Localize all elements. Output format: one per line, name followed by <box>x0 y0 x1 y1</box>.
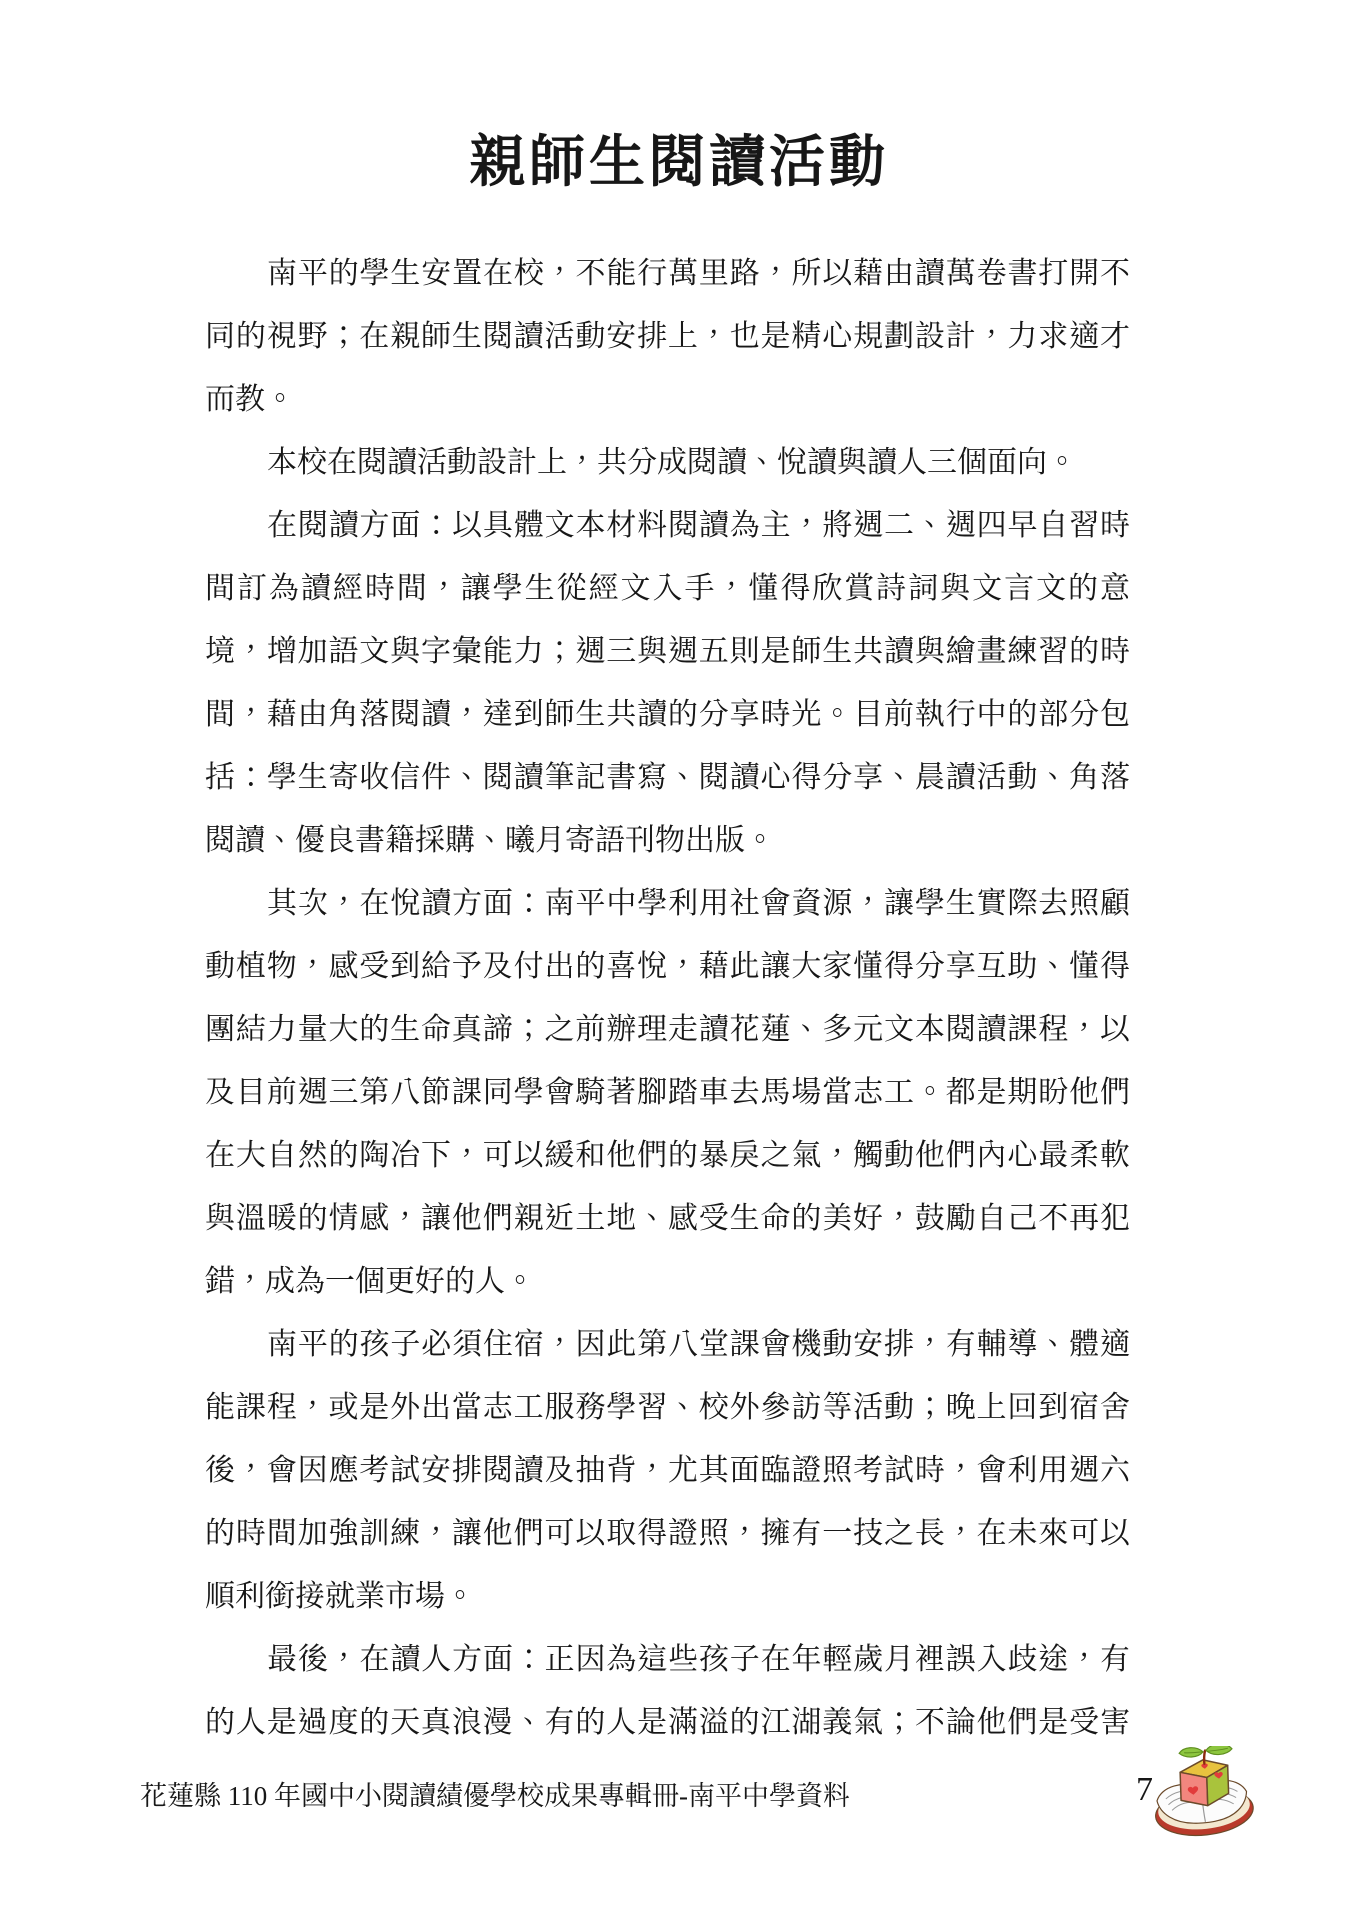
body-text: 南平的學生安置在校，不能行萬里路，所以藉由讀萬卷書打開不同的視野；在親師生閱讀活… <box>205 242 1130 1754</box>
body-line: 的時間加強訓練，讓他們可以取得證照，擁有一技之長，在未來可以 <box>205 1502 1130 1565</box>
document-page: 親師生閱讀活動 南平的學生安置在校，不能行萬里路，所以藉由讀萬卷書打開不同的視野… <box>0 0 1358 1920</box>
body-line: 在大自然的陶冶下，可以緩和他們的暴戾之氣，觸動他們內心最柔軟 <box>205 1124 1130 1187</box>
body-line: 後，會因應考試安排閱讀及抽背，尤其面臨證照考試時，會利用週六 <box>205 1439 1130 1502</box>
body-line: 境，增加語文與字彙能力；週三與週五則是師生共讀與繪畫練習的時 <box>205 620 1130 683</box>
body-line: 閱讀、優良書籍採購、曦月寄語刊物出版。 <box>205 809 1130 872</box>
body-line: 及目前週三第八節課同學會騎著腳踏車去馬場當志工。都是期盼他們 <box>205 1061 1130 1124</box>
body-line: 南平的學生安置在校，不能行萬里路，所以藉由讀萬卷書打開不 <box>205 242 1130 305</box>
book-apple-cube-illustration <box>1150 1746 1258 1848</box>
body-line: 在閱讀方面：以具體文本材料閱讀為主，將週二、週四早自習時 <box>205 494 1130 557</box>
page-title: 親師生閱讀活動 <box>0 132 1358 194</box>
body-line: 本校在閱讀活動設計上，共分成閱讀、悅讀與讀人三個面向。 <box>205 431 1130 494</box>
body-line: 間，藉由角落閱讀，達到師生共讀的分享時光。目前執行中的部分包 <box>205 683 1130 746</box>
body-line: 團結力量大的生命真諦；之前辦理走讀花蓮、多元文本閱讀課程，以 <box>205 998 1130 1061</box>
body-line: 間訂為讀經時間，讓學生從經文入手，懂得欣賞詩詞與文言文的意 <box>205 557 1130 620</box>
body-line: 最後，在讀人方面：正因為這些孩子在年輕歲月裡誤入歧途，有 <box>205 1628 1130 1691</box>
body-line: 而教。 <box>205 368 1130 431</box>
body-line: 順利銜接就業市場。 <box>205 1565 1130 1628</box>
body-line: 能課程，或是外出當志工服務學習、校外參訪等活動；晚上回到宿舍 <box>205 1376 1130 1439</box>
body-line: 括：學生寄收信件、閱讀筆記書寫、閱讀心得分享、晨讀活動、角落 <box>205 746 1130 809</box>
body-line: 與溫暖的情感，讓他們親近土地、感受生命的美好，鼓勵自己不再犯 <box>205 1187 1130 1250</box>
body-line: 同的視野；在親師生閱讀活動安排上，也是精心規劃設計，力求適才 <box>205 305 1130 368</box>
footer-text: 花蓮縣 110 年國中小閱讀績優學校成果專輯冊-南平中學資料 <box>140 1779 850 1813</box>
body-line: 錯，成為一個更好的人。 <box>205 1250 1130 1313</box>
body-line: 南平的孩子必須住宿，因此第八堂課會機動安排，有輔導、體適 <box>205 1313 1130 1376</box>
body-line: 動植物，感受到給予及付出的喜悅，藉此讓大家懂得分享互助、懂得 <box>205 935 1130 998</box>
body-line: 的人是過度的天真浪漫、有的人是滿溢的江湖義氣；不論他們是受害 <box>205 1691 1130 1754</box>
body-line: 其次，在悅讀方面：南平中學利用社會資源，讓學生實際去照顧 <box>205 872 1130 935</box>
